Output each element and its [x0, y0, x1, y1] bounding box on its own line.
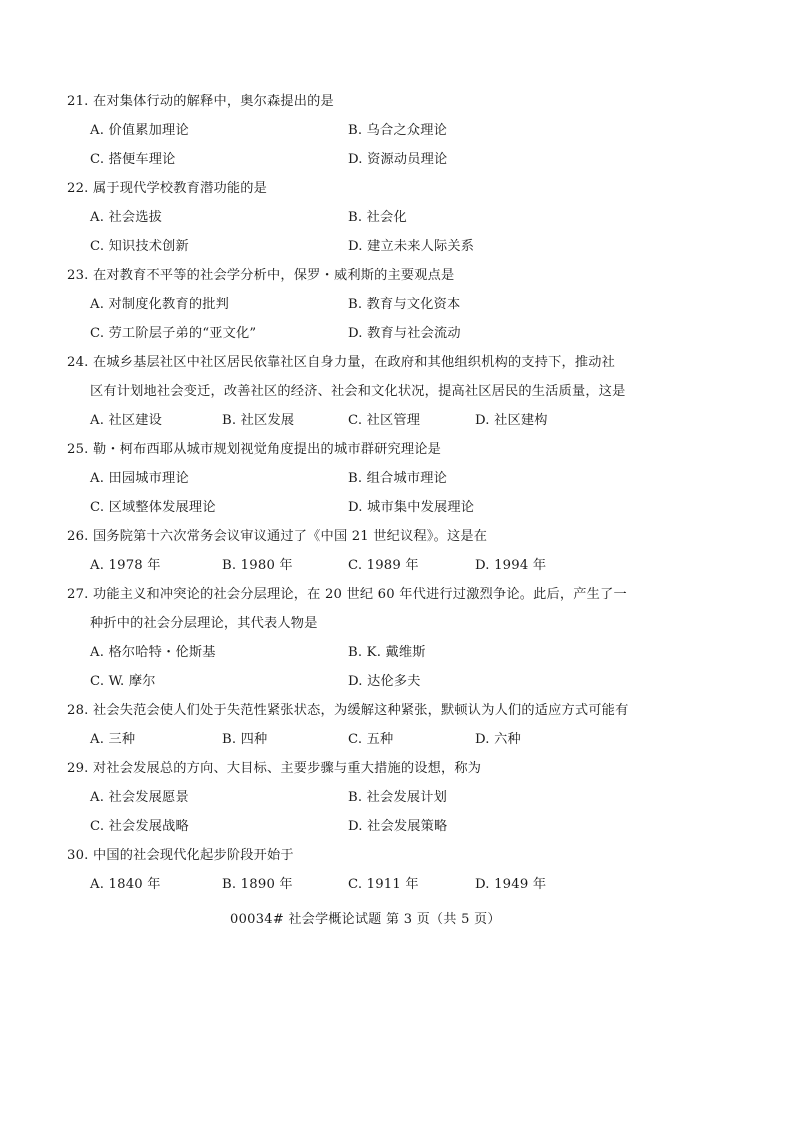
option-a: A. 社会发展愿景	[90, 789, 189, 807]
question-stem: 28. 社会失范会使人们处于失范性紧张状态，为缓解这种紧张，默顿认为人们的适应方…	[67, 702, 628, 720]
question-stem-continued: 区有计划地社会变迁，改善社区的经济、社会和文化状况，提高社区居民的生活质量，这是	[90, 383, 626, 401]
question-stem: 27. 功能主义和冲突论的社会分层理论，在 20 世纪 60 年代进行过激烈争论…	[67, 586, 627, 604]
option-c: C. 搭便车理论	[90, 151, 176, 169]
option-a: A. 价值累加理论	[90, 122, 189, 140]
exam-page: 21. 在对集体行动的解释中，奥尔森提出的是 A. 价值累加理论 B. 乌合之众…	[0, 0, 793, 1122]
question-stem: 25. 勒・柯布西耶从城市规划视觉角度提出的城市群研究理论是	[67, 441, 441, 459]
option-c: C. 五种	[348, 731, 393, 749]
option-b: B. 社会化	[348, 209, 407, 227]
option-d: D. 社会发展策略	[348, 818, 447, 836]
option-d: D. 社区建构	[475, 412, 548, 430]
option-a: A. 格尔哈特・伦斯基	[90, 644, 216, 662]
option-d: D. 教育与社会流动	[348, 325, 461, 343]
option-b: B. 社区发展	[222, 412, 294, 430]
option-b: B. 乌合之众理论	[348, 122, 447, 140]
option-a: A. 三种	[90, 731, 135, 749]
option-c: C. 社区管理	[348, 412, 420, 430]
option-b: B. 1980 年	[222, 557, 293, 575]
option-d: D. 达伦多夫	[348, 673, 421, 691]
option-a: A. 田园城市理论	[90, 470, 189, 488]
option-d: D. 资源动员理论	[348, 151, 447, 169]
option-c: C. 1989 年	[348, 557, 419, 575]
question-stem: 26. 国务院第十六次常务会议审议通过了《中国 21 世纪议程》。这是在	[67, 528, 487, 546]
option-b: B. 教育与文化资本	[348, 296, 460, 314]
option-d: D. 六种	[475, 731, 521, 749]
option-b: B. 四种	[222, 731, 267, 749]
question-stem: 23. 在对教育不平等的社会学分析中，保罗・威利斯的主要观点是	[67, 267, 454, 285]
question-stem: 21. 在对集体行动的解释中，奥尔森提出的是	[67, 93, 334, 111]
option-c: C. 社会发展战略	[90, 818, 189, 836]
option-c: C. 区域整体发展理论	[90, 499, 216, 517]
option-a: A. 1840 年	[90, 876, 161, 894]
page-footer: 00034# 社会学概论试题 第 3 页（共 5 页）	[230, 911, 501, 929]
option-a: A. 对制度化教育的批判	[90, 296, 229, 314]
option-a: A. 社会选拔	[90, 209, 162, 227]
question-stem: 29. 对社会发展总的方向、大目标、主要步骤与重大措施的设想，称为	[67, 760, 481, 778]
option-d: D. 城市集中发展理论	[348, 499, 474, 517]
option-a: A. 社区建设	[90, 412, 162, 430]
option-b: B. 1890 年	[222, 876, 293, 894]
option-a: A. 1978 年	[90, 557, 161, 575]
option-b: B. 组合城市理论	[348, 470, 447, 488]
option-c: C. W. 摩尔	[90, 673, 156, 691]
option-d: D. 1994 年	[475, 557, 546, 575]
option-d: D. 建立未来人际关系	[348, 238, 474, 256]
option-c: C. 劳工阶层子弟的“亚文化”	[90, 325, 256, 343]
option-d: D. 1949 年	[475, 876, 546, 894]
option-b: B. 社会发展计划	[348, 789, 447, 807]
option-b: B. K. 戴维斯	[348, 644, 426, 662]
option-c: C. 1911 年	[348, 876, 419, 894]
question-stem: 30. 中国的社会现代化起步阶段开始于	[67, 847, 294, 865]
option-c: C. 知识技术创新	[90, 238, 189, 256]
question-stem-continued: 种折中的社会分层理论，其代表人物是	[90, 615, 318, 633]
question-stem: 22. 属于现代学校教育潜功能的是	[67, 180, 267, 198]
question-stem: 24. 在城乡基层社区中社区居民依靠社区自身力量，在政府和其他组织机构的支持下，…	[67, 354, 615, 372]
